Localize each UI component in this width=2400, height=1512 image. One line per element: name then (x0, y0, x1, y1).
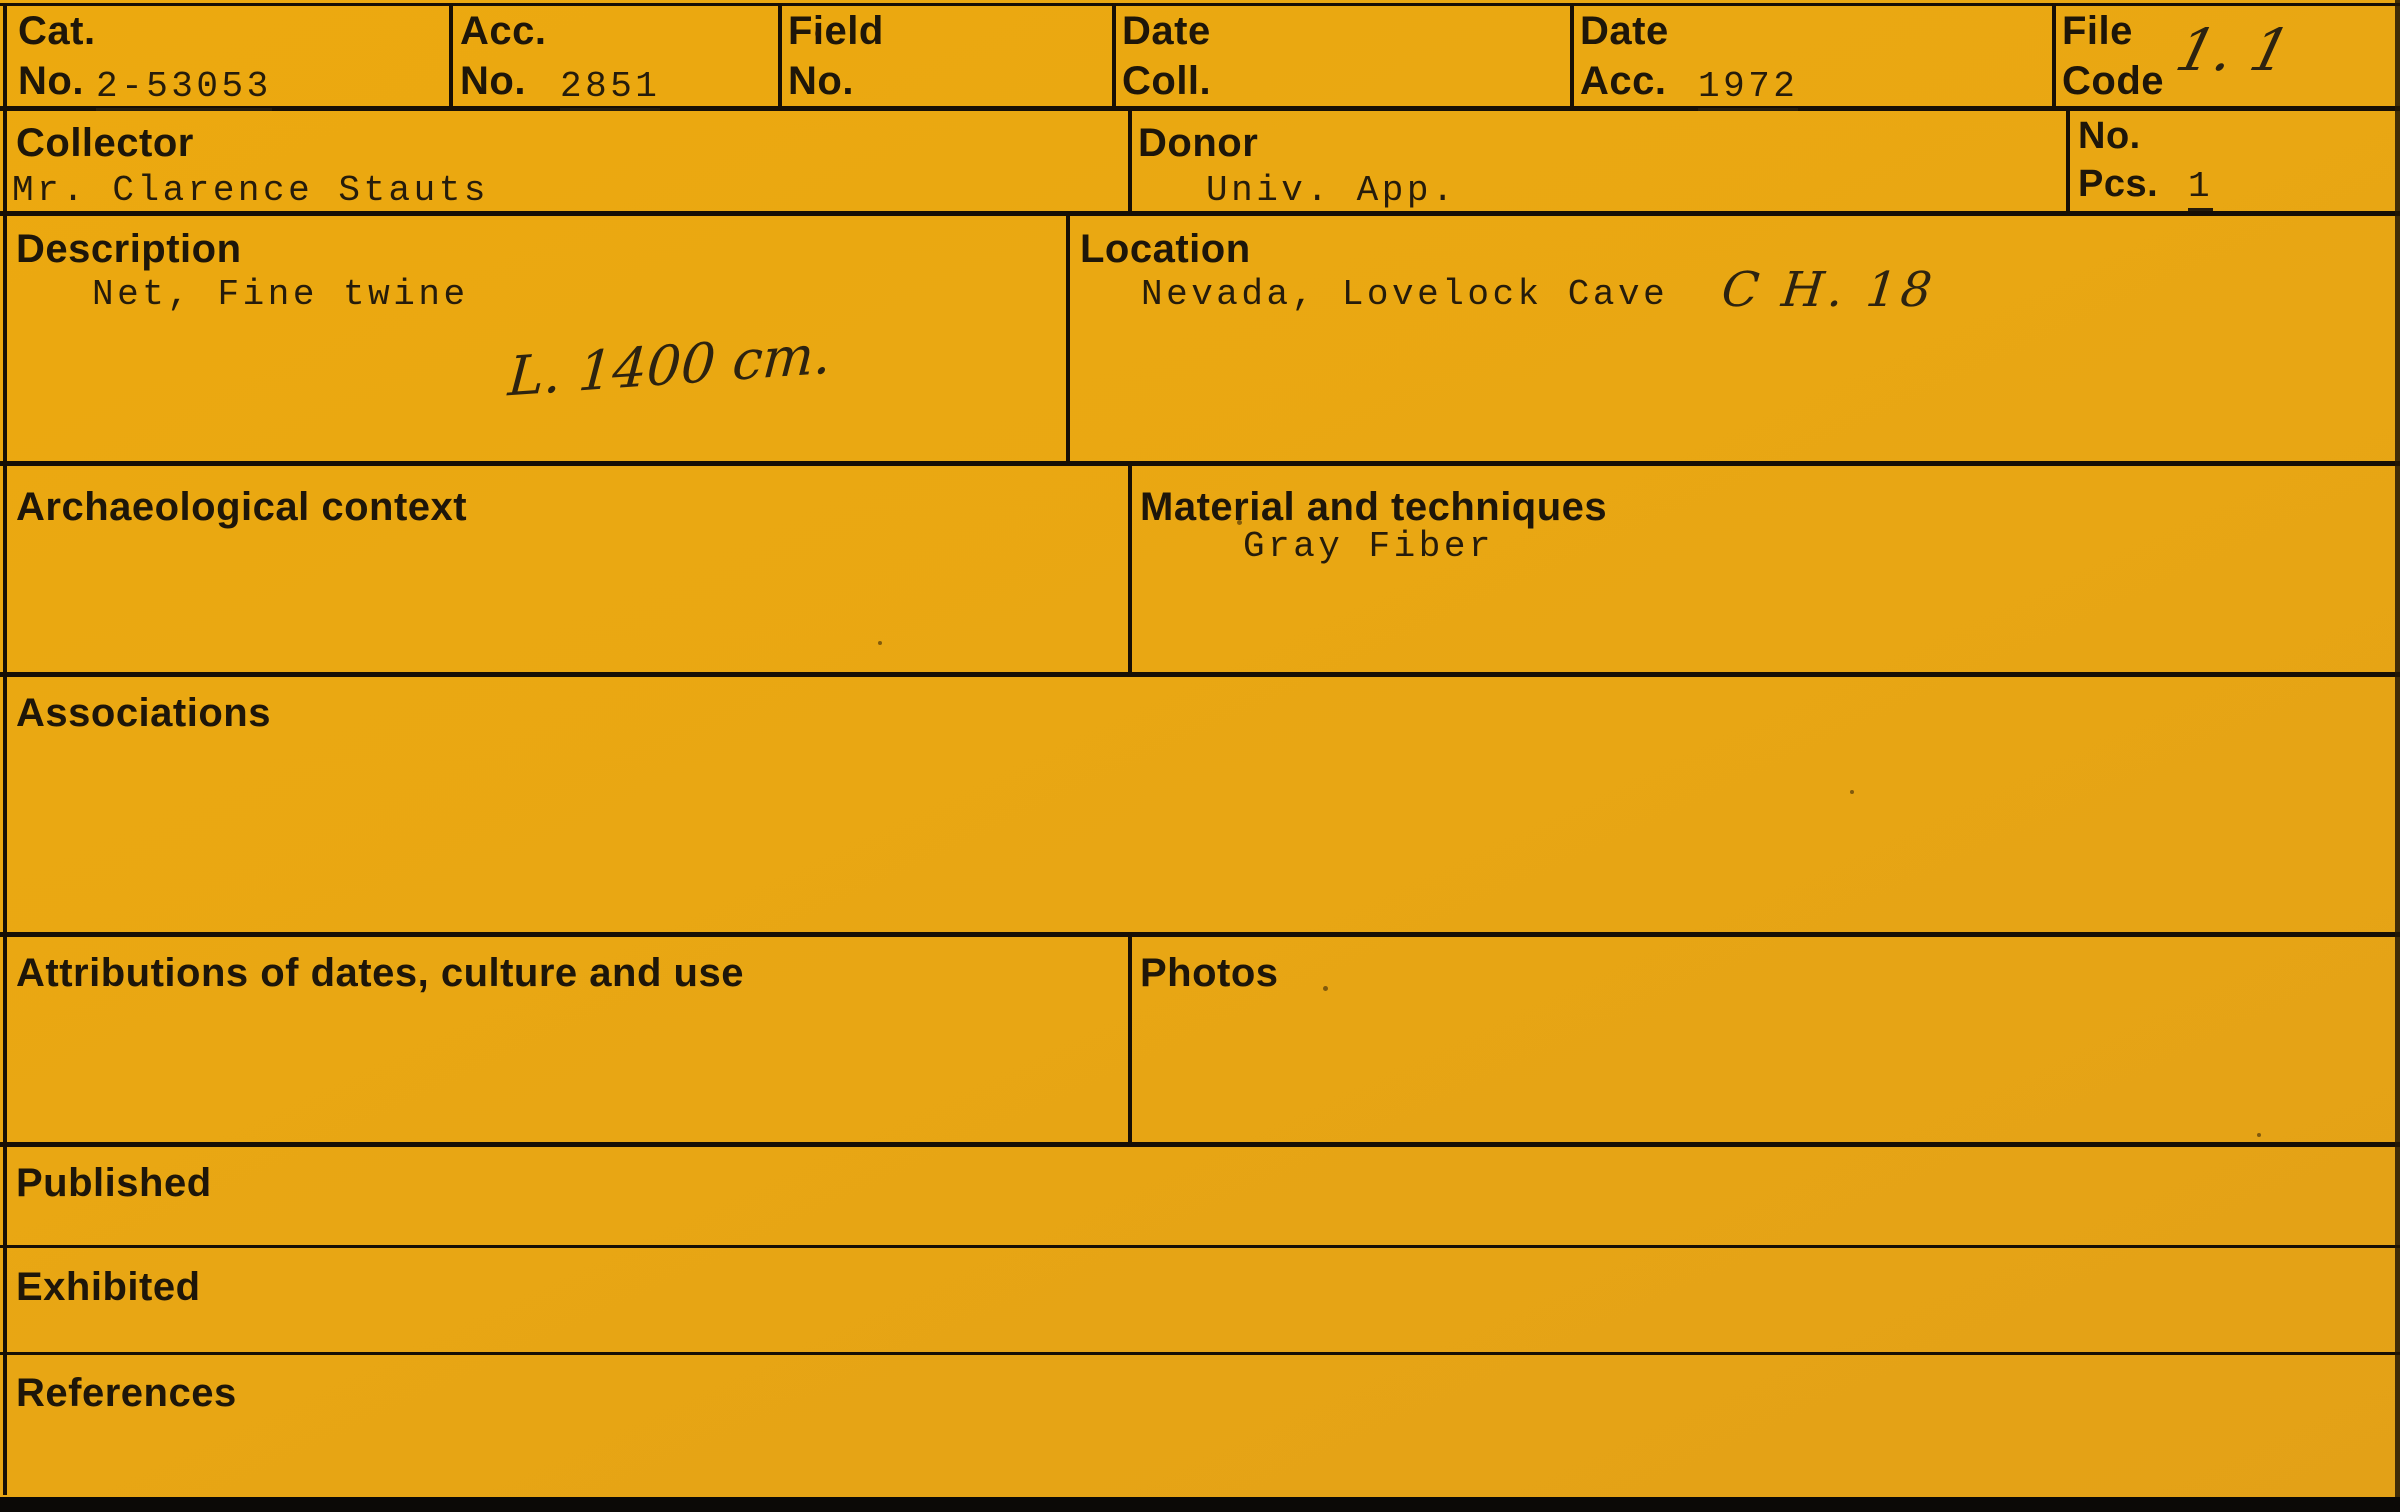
grid-hline-row5 (0, 932, 2400, 937)
description-handwritten-note: L. 1400 cm. (506, 322, 833, 408)
location-value: Nevada, Lovelock Cave (1141, 274, 1668, 315)
cat-no-value: 2-53053 (96, 66, 272, 111)
published-label: Published (16, 1158, 212, 1208)
location-handwritten-note: C H. 18 (1719, 262, 1938, 318)
grid-vline-left (3, 3, 7, 1495)
donor-label: Donor (1138, 118, 1258, 168)
scan-speck (2257, 1133, 2261, 1137)
grid-hline-row7 (0, 1245, 2400, 1248)
donor-value: Univ. App. (1206, 170, 1457, 211)
field-no-label-line2: No. (788, 56, 854, 106)
date-acc-label-line2: Acc. (1580, 56, 1667, 106)
grid-vline-donor-nopcs (2066, 106, 2070, 216)
cat-no-label-line2: No. (18, 56, 84, 106)
grid-hline-row3 (0, 461, 2400, 466)
references-label: References (16, 1368, 237, 1418)
grid-vline-description-location (1066, 211, 1070, 466)
scan-speck (1323, 986, 1328, 991)
grid-hline-row1 (0, 106, 2400, 111)
date-acc-label-line1: Date (1580, 6, 1669, 56)
archaeological-context-label: Archaeological context (16, 482, 467, 532)
scan-right-edge (2395, 0, 2400, 1497)
collector-value: Mr. Clarence Stauts (12, 170, 489, 211)
no-pcs-label-line2: Pcs. (2078, 160, 2158, 208)
attributions-label: Attributions of dates, culture and use (16, 948, 744, 998)
grid-vline-field-datecoll (1112, 3, 1116, 111)
scan-speck (878, 641, 882, 645)
field-no-label-line1: Field (788, 6, 884, 56)
grid-hline-row6 (0, 1142, 2400, 1147)
grid-vline-acc-field (778, 3, 782, 111)
photos-label: Photos (1140, 948, 1279, 998)
material-techniques-label: Material and techniques (1140, 482, 1607, 532)
grid-vline-datecoll-dateacc (1570, 3, 1574, 111)
grid-hline-row4 (0, 672, 2400, 677)
scanner-background-strip (0, 1497, 2400, 1512)
grid-vline-dateacc-filecode (2052, 3, 2056, 111)
material-techniques-value: Gray Fiber (1243, 526, 1494, 567)
no-pcs-value: 1 (2188, 166, 2213, 211)
description-value: Net, Fine twine (92, 274, 469, 315)
grid-hline-row8 (0, 1352, 2400, 1355)
date-coll-label-line1: Date (1122, 6, 1211, 56)
cat-no-label-line1: Cat. (18, 6, 96, 56)
file-code-value-handwritten: 1. 1 (2170, 16, 2298, 84)
location-label: Location (1080, 224, 1251, 274)
grid-vline-collector-donor (1128, 106, 1132, 216)
exhibited-label: Exhibited (16, 1262, 201, 1312)
associations-label: Associations (16, 688, 271, 738)
no-pcs-label-line1: No. (2078, 112, 2141, 160)
grid-vline-context-material (1128, 461, 1132, 677)
file-code-label-line2: Code (2062, 56, 2164, 106)
grid-hline-row2 (0, 211, 2400, 216)
catalog-card: Cat. No. 2-53053 Acc. No. 2851 Field No.… (0, 0, 2400, 1497)
collector-label: Collector (16, 118, 194, 168)
grid-vline-attributions-photos (1128, 932, 1132, 1147)
scan-speck (1850, 790, 1854, 794)
acc-no-label-line1: Acc. (460, 6, 547, 56)
date-acc-value: 1972 (1698, 66, 1798, 111)
scan-speck (1237, 520, 1242, 525)
grid-vline-cat-acc (449, 3, 453, 111)
acc-no-label-line2: No. (460, 56, 526, 106)
description-label: Description (16, 224, 242, 274)
acc-no-value: 2851 (560, 66, 660, 111)
file-code-label-line1: File (2062, 6, 2133, 56)
scan-speck (815, 30, 819, 37)
date-coll-label-line2: Coll. (1122, 56, 1211, 106)
